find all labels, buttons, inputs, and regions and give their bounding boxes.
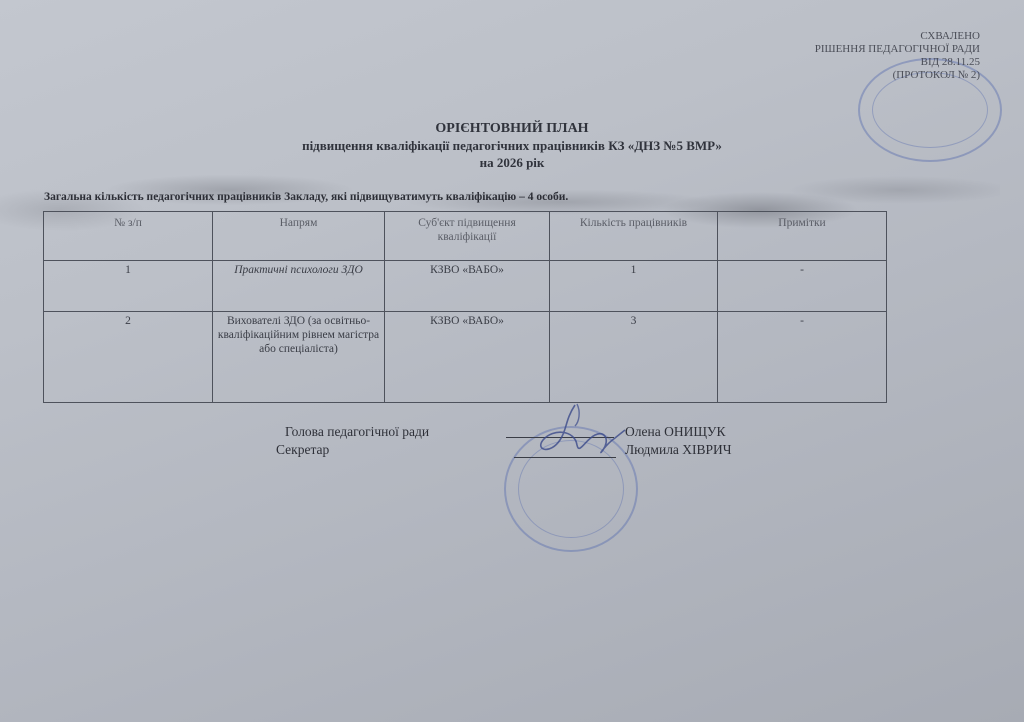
plan-table: № з/п Напрям Суб'єкт підвищення кваліфік… <box>43 211 887 403</box>
document-title: ОРІЄНТОВНИЙ ПЛАН підвищення кваліфікації… <box>0 121 1024 171</box>
title-year: на 2026 рік <box>0 155 1024 171</box>
summary-text: Загальна кількість педагогічних працівни… <box>44 191 568 203</box>
approval-line-4: (ПРОТОКОЛ № 2) <box>815 69 980 82</box>
cell-provider: КЗВО «ВАБО» <box>385 312 550 403</box>
table-row: 2 Вихователі ЗДО (за освітньо-кваліфікац… <box>44 312 887 403</box>
chair-role: Голова педагогічної ради <box>276 423 429 441</box>
approval-line-1: СХВАЛЕНО <box>815 30 980 43</box>
chair-name: Олена ОНИЩУК <box>625 423 732 441</box>
header-number: № з/п <box>44 212 213 261</box>
header-provider: Суб'єкт підвищення кваліфікації <box>385 212 550 261</box>
signature-roles: Голова педагогічної ради Секретар <box>276 423 429 459</box>
table-header-row: № з/п Напрям Суб'єкт підвищення кваліфік… <box>44 212 887 261</box>
cell-count: 1 <box>550 261 718 312</box>
cell-number: 2 <box>44 312 213 403</box>
cell-notes: - <box>718 312 887 403</box>
signature-names: Олена ОНИЩУК Людмила ХІВРИЧ <box>625 423 732 459</box>
approval-block: СХВАЛЕНО РІШЕННЯ ПЕДАГОГІЧНОЇ РАДИ ВІД 2… <box>815 30 980 82</box>
cell-count: 3 <box>550 312 718 403</box>
cell-direction: Вихователі ЗДО (за освітньо-кваліфікацій… <box>213 312 385 403</box>
secretary-name: Людмила ХІВРИЧ <box>625 441 732 459</box>
table-row: 1 Практичні психологи ЗДО КЗВО «ВАБО» 1 … <box>44 261 887 312</box>
title-main: ОРІЄНТОВНИЙ ПЛАН <box>0 121 1024 137</box>
approval-line-2: РІШЕННЯ ПЕДАГОГІЧНОЇ РАДИ <box>815 43 980 56</box>
cell-provider: КЗВО «ВАБО» <box>385 261 550 312</box>
header-count: Кількість працівників <box>550 212 718 261</box>
header-direction: Напрям <box>213 212 385 261</box>
cell-notes: - <box>718 261 887 312</box>
secretary-role: Секретар <box>276 441 429 459</box>
cell-number: 1 <box>44 261 213 312</box>
title-subtitle: підвищення кваліфікації педагогічних пра… <box>0 138 1024 154</box>
approval-line-3: ВІД 28.11.25 <box>815 56 980 69</box>
header-notes: Примітки <box>718 212 887 261</box>
cell-direction: Практичні психологи ЗДО <box>213 261 385 312</box>
